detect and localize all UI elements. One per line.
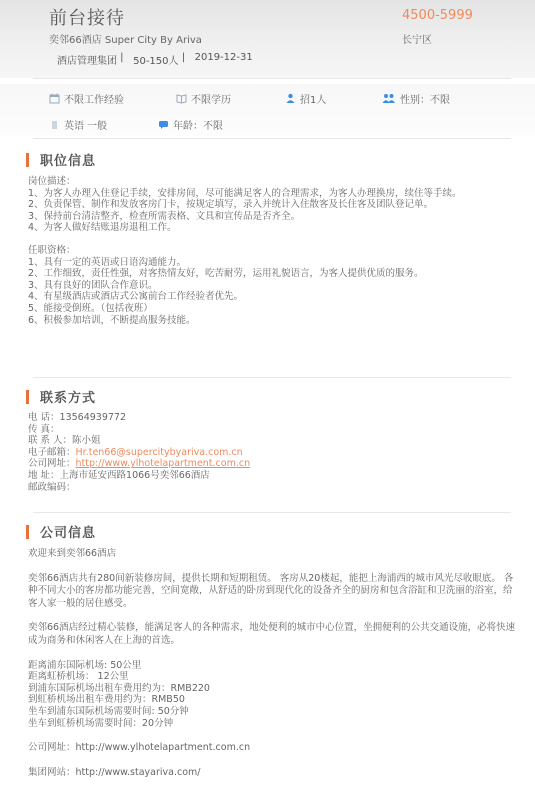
contact-website: 公司网址：http://www.ylhotelapartment.com.cn [28,458,518,470]
company-para: 奕邻66酒店共有280间新装修房间，提供长期和短期租赁。 客房从20楼起，能把上… [28,573,520,611]
company-welcome: 欢迎来到奕邻66酒店 [28,548,520,560]
industry: 酒店管理集团 [57,52,117,67]
person-icon [285,93,296,104]
accent-bar [26,153,29,167]
req-item: 4、有星级酒店或酒店式公寓前台工作经验者优先。 [28,291,518,303]
divider [33,377,511,378]
tag-gender: 性别：不限 [382,91,450,106]
req-item: 1、具有一定的英语或日语沟通能力。 [28,257,518,269]
post-date: 2019-12-31 [195,52,253,67]
desc-item: 3、保持前台清洁整齐，检查所需表格、文具和宣传品是否齐全。 [28,211,518,223]
distance-item: 坐车到虹桥机场需要时间：20分钟 [28,718,520,730]
job-description: 岗位描述： 1、为客人办理入住登记手续，安排房间，尽可能满足客人的合理需求，为客… [28,176,518,326]
website-link[interactable]: http://www.ylhotelapartment.com.cn [76,458,251,469]
distance-item: 距离浦东国际机场: 50公里 [28,660,520,672]
divider [33,512,511,513]
company-para: 奕邻66酒店经过精心装修，能满足客人的各种需求，地处便利的城市中心位置，坐拥便利… [28,622,520,647]
req-item: 5、能接受倒班。（包括夜班） [28,303,518,315]
contact-person: 联 系 人：陈小姐 [28,435,518,447]
contact-fax: 传 真： [28,424,518,436]
company-description: 欢迎来到奕邻66酒店 奕邻66酒店共有280间新装修房间，提供长期和短期租赁。 … [28,548,520,778]
contact-info: 电 话：13564939772 传 真： 联 系 人：陈小姐 电子邮箱：Hr.t… [28,412,518,493]
section-contact-heading: 联系方式 [26,387,96,406]
distance-item: 距离虹桥机场： 12公里 [28,671,520,683]
email-link[interactable]: Hr.ten66@supercitybyariva.com.cn [76,447,243,458]
section-job-info-heading: 职位信息 [26,150,96,169]
req-item: 2、工作细致，责任性强，对客热情友好，吃苦耐劳，运用礼貌语言，为客人提供优质的服… [28,268,518,280]
contact-address: 地 址：上海市延安西路1066号奕邻66酒店 [28,470,518,482]
people-icon [382,93,396,104]
tag-headcount: 招1人 [285,91,326,106]
chat-icon [158,119,169,130]
divider [33,138,511,139]
company-website-line: 公司网址：http://www.ylhotelapartment.com.cn [28,742,520,754]
book-icon [176,93,187,104]
language-icon [49,119,60,130]
contact-postcode: 邮政编码： [28,482,518,494]
contact-phone: 电 话：13564939772 [28,412,518,424]
contact-email: 电子邮箱：Hr.ten66@supercitybyariva.com.cn [28,447,518,459]
accent-bar [26,525,29,539]
meta-separator: | [117,52,133,67]
divider [33,78,511,79]
tag-language: 英语 一般 [49,117,107,132]
distance-item: 坐车到浦东国际机场需要时间: 50分钟 [28,706,520,718]
tag-education: 不限学历 [176,91,231,106]
distance-item: 到浦东国际机场出租车费用约为：RMB220 [28,683,520,695]
tag-age: 年龄：不限 [158,117,223,132]
company-meta: 酒店管理集团 | 50-150人 | 2019-12-31 [57,52,253,67]
job-header: 前台接待 奕邻66酒店 Super City By Ariva 酒店管理集团 |… [0,0,535,78]
req-item: 6、积极参加培训，不断提高服务技能。 [28,315,518,327]
job-requirements-tags: 不限工作经验 不限学历 招1人 性别：不限 英语 一般 年龄：不限 [0,84,535,136]
distance-item: 到虹桥机场出租车费用约为：RMB50 [28,694,520,706]
company-name-link[interactable]: 奕邻66酒店 Super City By Ariva [49,31,202,46]
desc-item: 4、为客人做好结账退房退租工作。 [28,222,518,234]
section-company-heading: 公司信息 [26,522,96,541]
salary: 4500-5999 [402,8,473,23]
desc-item: 1、为客人办理入住登记手续，安排房间，尽可能满足客人的合理需求，为客人办理换房，… [28,188,518,200]
group-website-line: 集团网站：http://www.stayariva.com/ [28,767,520,779]
req-item: 3、具有良好的团队合作意识。 [28,280,518,292]
meta-separator: | [179,52,195,67]
calendar-icon [49,93,60,104]
district: 长宁区 [402,31,432,46]
accent-bar [26,390,29,404]
desc-item: 2、负责保管、制作和发放客房门卡，按规定填写，录入并统计入住散客及长住客及团队登… [28,199,518,211]
company-size: 50-150人 [133,52,178,67]
tag-experience: 不限工作经验 [49,91,124,106]
job-title: 前台接待 [49,4,125,30]
